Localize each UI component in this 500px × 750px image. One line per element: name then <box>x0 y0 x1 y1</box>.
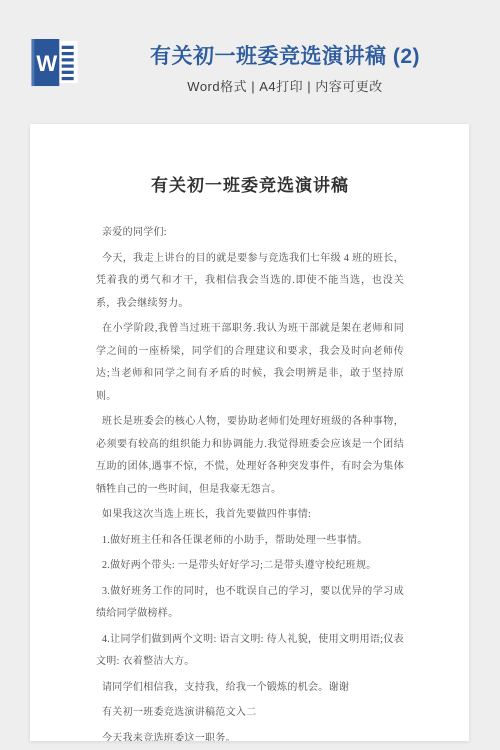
word-flag-shape: W <box>31 39 59 86</box>
document-body: 亲爱的同学们:今天，我走上讲台的目的就是要参与竞选我们七年级 4 班的班长，凭着… <box>96 222 404 741</box>
document-paragraph: 4.让同学们做到两个文明: 语言文明: 待人礼貌，使用文明用语;仪表文明: 衣着… <box>96 629 404 674</box>
document-paragraph: 班长是班委会的核心人物，要协助老师们处理好班级的各种事物，必须要有较高的组织能力… <box>96 411 404 501</box>
document-page: 有关初一班委竞选演讲稿 亲爱的同学们:今天，我走上讲台的目的就是要参与竞选我们七… <box>30 124 469 741</box>
document-paragraph: 1.做好班主任和各任课老师的小助手，帮助处理一些事情。 <box>96 530 404 553</box>
word-icon-letter: W <box>36 51 57 76</box>
document-paragraph: 2.做好两个带头: 一是带头好好学习;二是带头遵守校纪班规。 <box>96 555 404 578</box>
document-paragraph: 有关初一班委竞选演讲稿范文入二 <box>96 702 404 725</box>
document-paragraph: 请同学们相信我，支持我，给我一个锻炼的机会。谢谢 <box>96 677 404 700</box>
document-paragraph: 今天我来竞选班委这一职务。 <box>96 728 404 741</box>
word-icon: W <box>31 39 78 87</box>
header-text-block: 有关初一班委竞选演讲稿 (2) Word格式 | A4打印 | 内容可更改 <box>78 44 500 95</box>
word-logo-icon: W <box>31 39 78 87</box>
document-paragraph: 3.做好班务工作的同时，也不耽误自己的学习，要以优异的学习成绩给同学做榜样。 <box>96 581 404 626</box>
document-title: 有关初一班委竞选演讲稿 <box>96 176 404 196</box>
template-title: 有关初一班委竞选演讲稿 (2) <box>150 44 420 69</box>
document-paragraph: 亲爱的同学们: <box>96 222 404 245</box>
template-preview-screen: W 有关初一班委竞选演讲稿 (2) Word格式 | A4打印 | 内容可更改 … <box>0 0 500 750</box>
document-paragraph: 今天，我走上讲台的目的就是要参与竞选我们七年级 4 班的班长，凭着我的勇气和才干… <box>96 248 404 316</box>
template-meta: Word格式 | A4打印 | 内容可更改 <box>187 76 382 95</box>
document-paragraph: 在小学阶段,我曾当过班干部职务.我认为班干部就是架在老师和同学之间的一座桥梁，同… <box>96 318 404 408</box>
header: W 有关初一班委竞选演讲稿 (2) Word格式 | A4打印 | 内容可更改 <box>0 0 500 124</box>
document-paragraph: 如果我这次当选上班长，我首先要做四件事情: <box>96 504 404 527</box>
